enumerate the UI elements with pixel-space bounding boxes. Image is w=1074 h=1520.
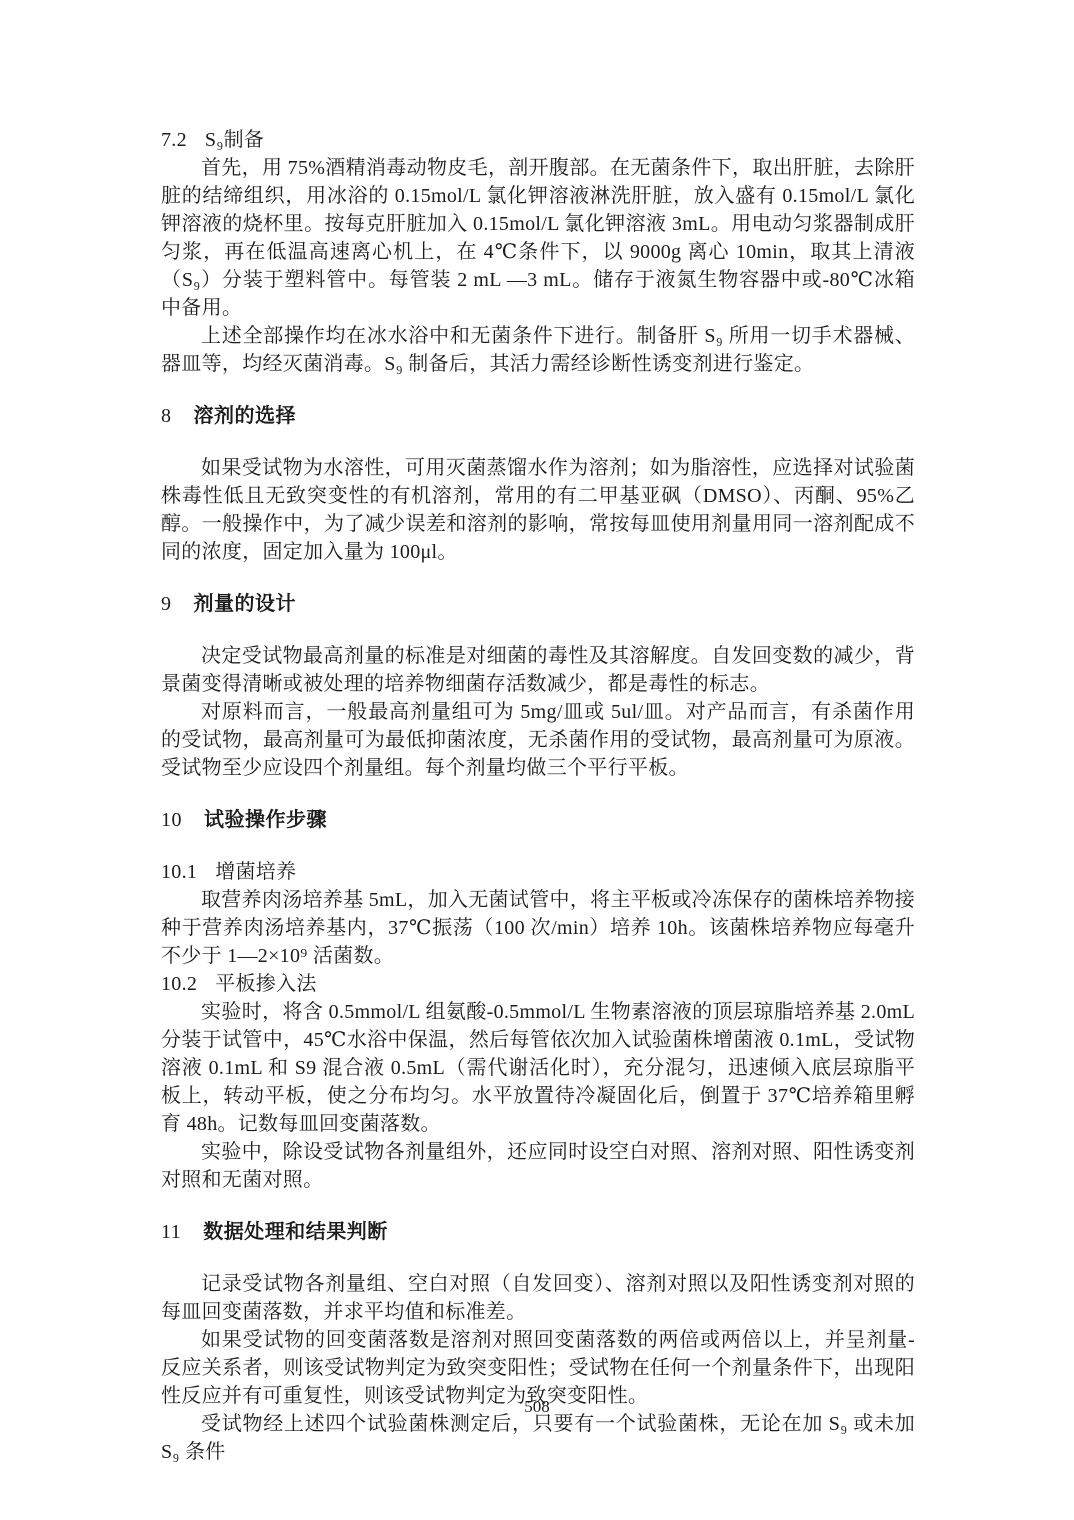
section-title: S₉制备 [205,129,264,151]
subsection-heading: 10.1增菌培养 [161,858,915,886]
section-number: 10.1 [161,858,197,886]
paragraph: 受试物经上述四个试验菌株测定后，只要有一个试验菌株，无论在加 S₉ 或未加 S₉… [161,1410,915,1466]
section-title: 增菌培养 [215,861,296,883]
paragraph: 决定受试物最高剂量的标准是对细菌的毒性及其溶解度。自发回变数的减少，背景菌变得清… [161,642,915,698]
section-number: 8 [161,402,172,430]
paragraph: 对原料而言，一般最高剂量组可为 5mg/皿或 5ul/皿。对产品而言，有杀菌作用… [161,698,915,782]
section-number: 9 [161,590,172,618]
section-number: 10 [161,806,182,834]
document-page: 7.2S₉制备首先，用 75%酒精消毒动物皮毛，剖开腹部。在无菌条件下，取出肝脏… [0,0,1074,1520]
section-title: 数据处理和结果判断 [203,1221,388,1243]
section-heading: 8溶剂的选择 [161,402,915,430]
subsection-heading: 10.2平板掺入法 [161,970,915,998]
section-number: 7.2 [161,126,187,154]
section-heading: 10试验操作步骤 [161,806,915,834]
section-title: 试验操作步骤 [204,809,327,831]
subsection-heading: 7.2S₉制备 [161,126,915,154]
section-number: 10.2 [161,970,197,998]
paragraph: 取营养肉汤培养基 5mL，加入无菌试管中，将主平板或冷冻保存的菌株培养物接种于营… [161,886,915,970]
section-number: 11 [161,1218,181,1246]
paragraph: 上述全部操作均在冰水浴中和无菌条件下进行。制备肝 S₉ 所用一切手术器械、器皿等… [161,322,915,378]
section-title: 平板掺入法 [215,973,317,995]
paragraph: 实验时，将含 0.5mmol/L 组氨酸-0.5mmol/L 生物素溶液的顶层琼… [161,998,915,1138]
paragraph: 首先，用 75%酒精消毒动物皮毛，剖开腹部。在无菌条件下，取出肝脏，去除肝脏的结… [161,154,915,322]
paragraph: 记录受试物各剂量组、空白对照（自发回变）、溶剂对照以及阳性诱变剂对照的每皿回变菌… [161,1270,915,1326]
section-title: 剂量的设计 [194,593,297,615]
page-number: 508 [0,1397,1074,1417]
section-heading: 11数据处理和结果判断 [161,1218,915,1246]
section-title: 溶剂的选择 [194,405,297,427]
document-content: 7.2S₉制备首先，用 75%酒精消毒动物皮毛，剖开腹部。在无菌条件下，取出肝脏… [161,126,915,1466]
paragraph: 如果受试物为水溶性，可用灭菌蒸馏水作为溶剂；如为脂溶性，应选择对试验菌株毒性低且… [161,454,915,566]
paragraph: 实验中，除设受试物各剂量组外，还应同时设空白对照、溶剂对照、阳性诱变剂对照和无菌… [161,1138,915,1194]
section-heading: 9剂量的设计 [161,590,915,618]
